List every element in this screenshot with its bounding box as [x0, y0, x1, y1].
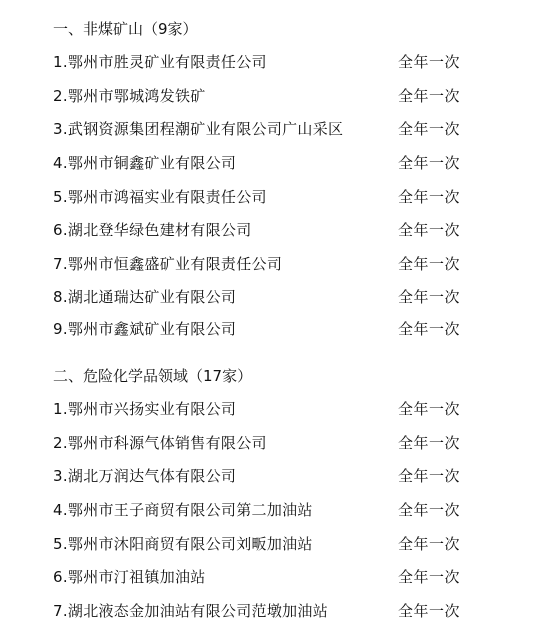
company-name: 5.鄂州市鸿福实业有限责任公司	[53, 187, 267, 207]
inspection-frequency: 全年一次	[398, 220, 460, 240]
list-item: 7.湖北液态金加油站有限公司范墩加油站 全年一次	[0, 601, 547, 621]
list-item: 4.鄂州市铜鑫矿业有限公司 全年一次	[0, 153, 547, 173]
company-name: 4.鄂州市王子商贸有限公司第二加油站	[53, 500, 313, 520]
list-item: 3.武钢资源集团程潮矿业有限公司广山采区 全年一次	[0, 119, 547, 139]
inspection-frequency: 全年一次	[398, 534, 460, 554]
company-name: 1.鄂州市兴扬实业有限公司	[53, 399, 236, 419]
list-item: 9.鄂州市鑫斌矿业有限公司 全年一次	[0, 319, 547, 339]
inspection-frequency: 全年一次	[398, 287, 460, 307]
company-name: 9.鄂州市鑫斌矿业有限公司	[53, 319, 236, 339]
list-item: 5.鄂州市鸿福实业有限责任公司 全年一次	[0, 187, 547, 207]
inspection-frequency: 全年一次	[398, 433, 460, 453]
inspection-frequency: 全年一次	[398, 254, 460, 274]
inspection-frequency: 全年一次	[398, 399, 460, 419]
list-item: 2.鄂州市科源气体销售有限公司 全年一次	[0, 433, 547, 453]
list-item: 6.湖北登华绿色建材有限公司 全年一次	[0, 220, 547, 240]
list-item: 3.湖北万润达气体有限公司 全年一次	[0, 466, 547, 486]
company-name: 4.鄂州市铜鑫矿业有限公司	[53, 153, 236, 173]
list-item: 1.鄂州市胜灵矿业有限责任公司 全年一次	[0, 52, 547, 72]
inspection-frequency: 全年一次	[398, 187, 460, 207]
inspection-frequency: 全年一次	[398, 86, 460, 106]
company-name: 8.湖北通瑞达矿业有限公司	[53, 287, 236, 307]
company-name: 2.鄂州市科源气体销售有限公司	[53, 433, 267, 453]
inspection-frequency: 全年一次	[398, 153, 460, 173]
list-item: 1.鄂州市兴扬实业有限公司 全年一次	[0, 399, 547, 419]
company-name: 3.武钢资源集团程潮矿业有限公司广山采区	[53, 119, 343, 139]
company-name: 7.湖北液态金加油站有限公司范墩加油站	[53, 601, 328, 621]
list-item: 5.鄂州市沐阳商贸有限公司刘畈加油站 全年一次	[0, 534, 547, 554]
inspection-frequency: 全年一次	[398, 567, 460, 587]
company-name: 1.鄂州市胜灵矿业有限责任公司	[53, 52, 267, 72]
section-title: 二、危险化学品领域（17家）	[53, 366, 252, 386]
company-name: 3.湖北万润达气体有限公司	[53, 466, 236, 486]
inspection-frequency: 全年一次	[398, 500, 460, 520]
company-name: 6.鄂州市汀祖镇加油站	[53, 567, 206, 587]
company-name: 6.湖北登华绿色建材有限公司	[53, 220, 252, 240]
company-name: 7.鄂州市恒鑫盛矿业有限责任公司	[53, 254, 282, 274]
inspection-frequency: 全年一次	[398, 119, 460, 139]
inspection-frequency: 全年一次	[398, 52, 460, 72]
list-item: 6.鄂州市汀祖镇加油站 全年一次	[0, 567, 547, 587]
list-item: 7.鄂州市恒鑫盛矿业有限责任公司 全年一次	[0, 254, 547, 274]
inspection-frequency: 全年一次	[398, 601, 460, 621]
list-item: 2.鄂州市鄂城鸿发铁矿 全年一次	[0, 86, 547, 106]
inspection-frequency: 全年一次	[398, 466, 460, 486]
list-item: 8.湖北通瑞达矿业有限公司 全年一次	[0, 287, 547, 307]
company-name: 5.鄂州市沐阳商贸有限公司刘畈加油站	[53, 534, 313, 554]
list-item: 4.鄂州市王子商贸有限公司第二加油站 全年一次	[0, 500, 547, 520]
inspection-frequency: 全年一次	[398, 319, 460, 339]
company-name: 2.鄂州市鄂城鸿发铁矿	[53, 86, 206, 106]
section-title: 一、非煤矿山（9家）	[53, 19, 198, 39]
